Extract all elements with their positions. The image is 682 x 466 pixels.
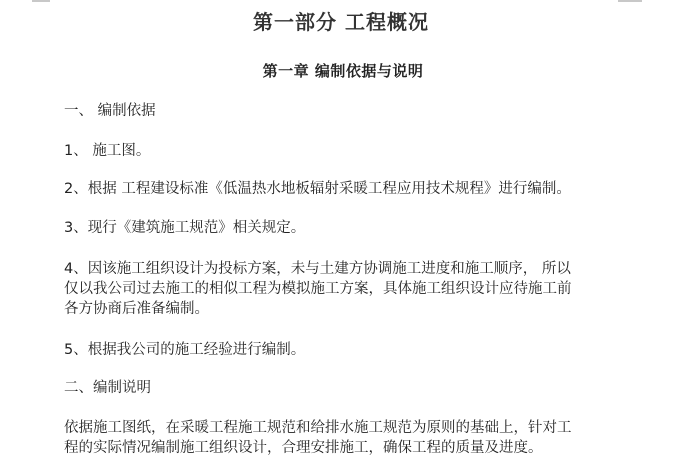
explanation-line-1: 依据施工图纸，在采暖工程施工规范和给排水施工规范为原则的基础上，针对工 <box>64 418 644 438</box>
basis-item-4-line-1: 4、因该施工组织设计为投标方案，未与土建方协调施工进度和施工顺序， 所以 <box>64 259 644 279</box>
basis-item-1: 1、 施工图。 <box>64 141 150 161</box>
explanation-line-2: 程的实际情况编制施工组织设计，合理安排施工，确保工程的质量及进度。 <box>64 438 644 458</box>
basis-item-4-line-2: 仅以我公司过去施工的相似工程为模拟施工方案，具体施工组织设计应待施工前 <box>64 279 644 299</box>
part-title: 第一部分 工程概况 <box>0 8 682 36</box>
explanation-paragraph: 依据施工图纸，在采暖工程施工规范和给排水施工规范为原则的基础上，针对工 程的实际… <box>64 418 644 458</box>
corner-mark-right <box>618 0 642 2</box>
basis-item-4-line-3: 各方协商后准备编制。 <box>64 299 644 319</box>
chapter-title: 第一章 编制依据与说明 <box>0 60 682 82</box>
basis-item-4: 4、因该施工组织设计为投标方案，未与土建方协调施工进度和施工顺序， 所以 仅以我… <box>64 259 644 319</box>
basis-item-3: 3、现行《建筑施工规范》相关规定。 <box>64 218 305 238</box>
corner-mark-left <box>32 0 50 2</box>
basis-item-5: 5、根据我公司的施工经验进行编制。 <box>64 340 305 360</box>
section-heading-explanation: 二、编制说明 <box>64 378 151 398</box>
section-heading-basis: 一、 编制依据 <box>64 101 156 121</box>
basis-item-2: 2、根据 工程建设标准《低温热水地板辐射采暖工程应用技术规程》进行编制。 <box>64 179 571 199</box>
